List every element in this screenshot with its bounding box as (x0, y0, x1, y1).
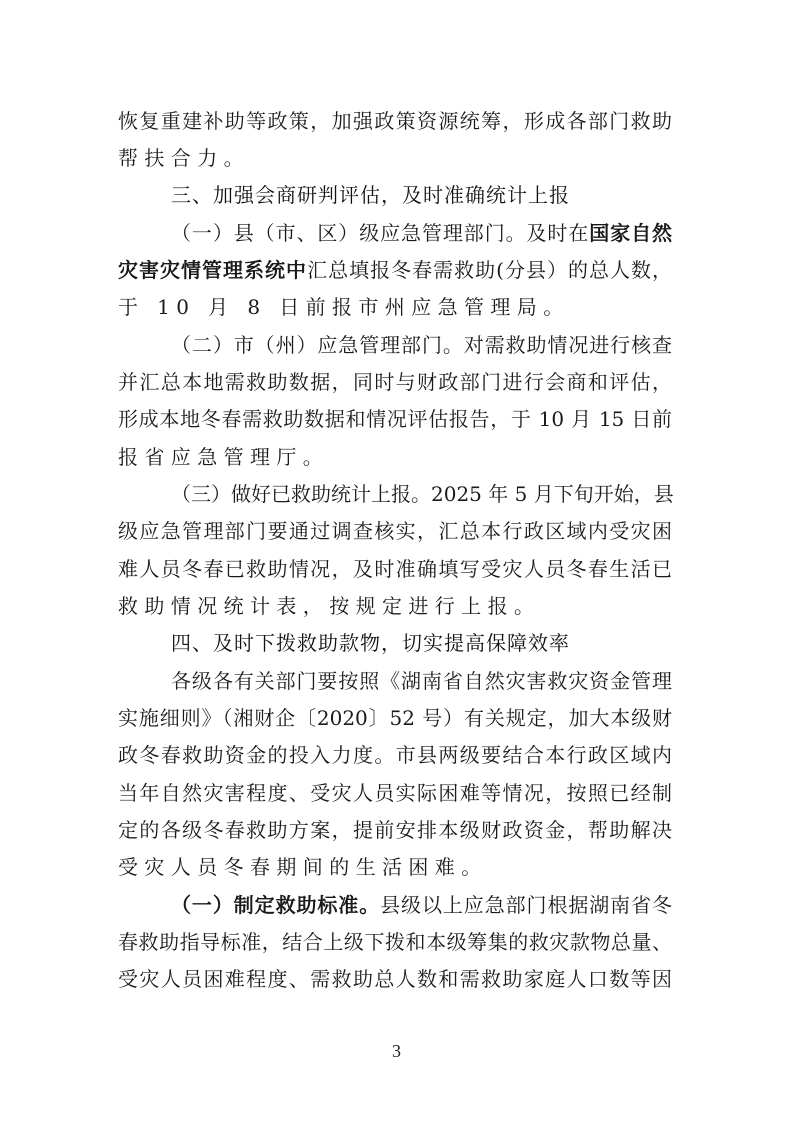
text-line: （二）市（州）应急管理部门。对需救助情况进行核查 (171, 330, 672, 360)
text-line: 受灾人员困难程度、需救助总人数和需救助家庭人口数等因 (118, 964, 672, 994)
section-heading: 三、加强会商研判评估，及时准确统计上报 (171, 180, 672, 210)
text-line: 春救助指导标准，结合上级下拨和本级筹集的救灾款物总量、 (118, 927, 672, 957)
bold-text: 国家自然 (589, 221, 672, 245)
text-line: 恢复重建补助等政策，加强政策资源统筹，形成各部门救助 (118, 106, 672, 136)
text-line: 当年自然灾害程度、受灾人员实际困难等情况，按照已经制 (118, 778, 672, 808)
text-line: 实施细则》（湘财企〔2020〕52 号）有关规定，加大本级财 (118, 703, 672, 733)
text-line: 救助情况统计表，按规定进行上报。 (118, 591, 672, 621)
text-line: 报省应急管理厅。 (118, 442, 672, 472)
bold-text: （一）制定救助标准。 (171, 893, 380, 917)
text-line: 受灾人员冬春期间的生活困难。 (118, 852, 672, 882)
bold-text: 灾害灾情管理系统中 (118, 258, 307, 282)
document-page: 恢复重建补助等政策，加强政策资源统筹，形成各部门救助帮扶合力。三、加强会商研判评… (0, 0, 793, 1122)
text-line: 定的各级冬春救助方案，提前安排本级财政资金，帮助解决 (118, 815, 672, 845)
text-span: 县级以上应急部门根据湖南省冬 (380, 893, 672, 917)
text-line: （一）县（市、区）级应急管理部门。及时在国家自然 (171, 218, 672, 248)
text-line: 灾害灾情管理系统中汇总填报冬春需救助(分县）的总人数， (118, 255, 672, 285)
text-line: 于 10 月 8 日前报市州应急管理局。 (118, 292, 672, 322)
text-line: 帮扶合力。 (118, 143, 672, 173)
text-line: 难人员冬春已救助情况，及时准确填写受灾人员冬春生活已 (118, 554, 672, 584)
text-line: 各级各有关部门要按照《湖南省自然灾害救灾资金管理 (171, 666, 672, 696)
section-heading: 四、及时下拨救助款物，切实提高保障效率 (171, 628, 672, 658)
text-line: （三）做好已救助统计上报。2025 年 5 月下旬开始，县 (171, 479, 672, 509)
text-span: 汇总填报冬春需救助(分县）的总人数， (307, 258, 672, 282)
text-line: 级应急管理部门要通过调查核实，汇总本行政区域内受灾困 (118, 516, 672, 546)
text-line: 形成本地冬春需救助数据和情况评估报告，于 10 月 15 日前 (118, 404, 672, 434)
text-line: 并汇总本地需救助数据，同时与财政部门进行会商和评估， (118, 367, 672, 397)
text-line: （一）制定救助标准。县级以上应急部门根据湖南省冬 (171, 890, 672, 920)
page-number: 3 (0, 1041, 793, 1062)
text-line: 政冬春救助资金的投入力度。市县两级要结合本行政区域内 (118, 740, 672, 770)
text-span: （一）县（市、区）级应急管理部门。及时在 (171, 221, 589, 245)
